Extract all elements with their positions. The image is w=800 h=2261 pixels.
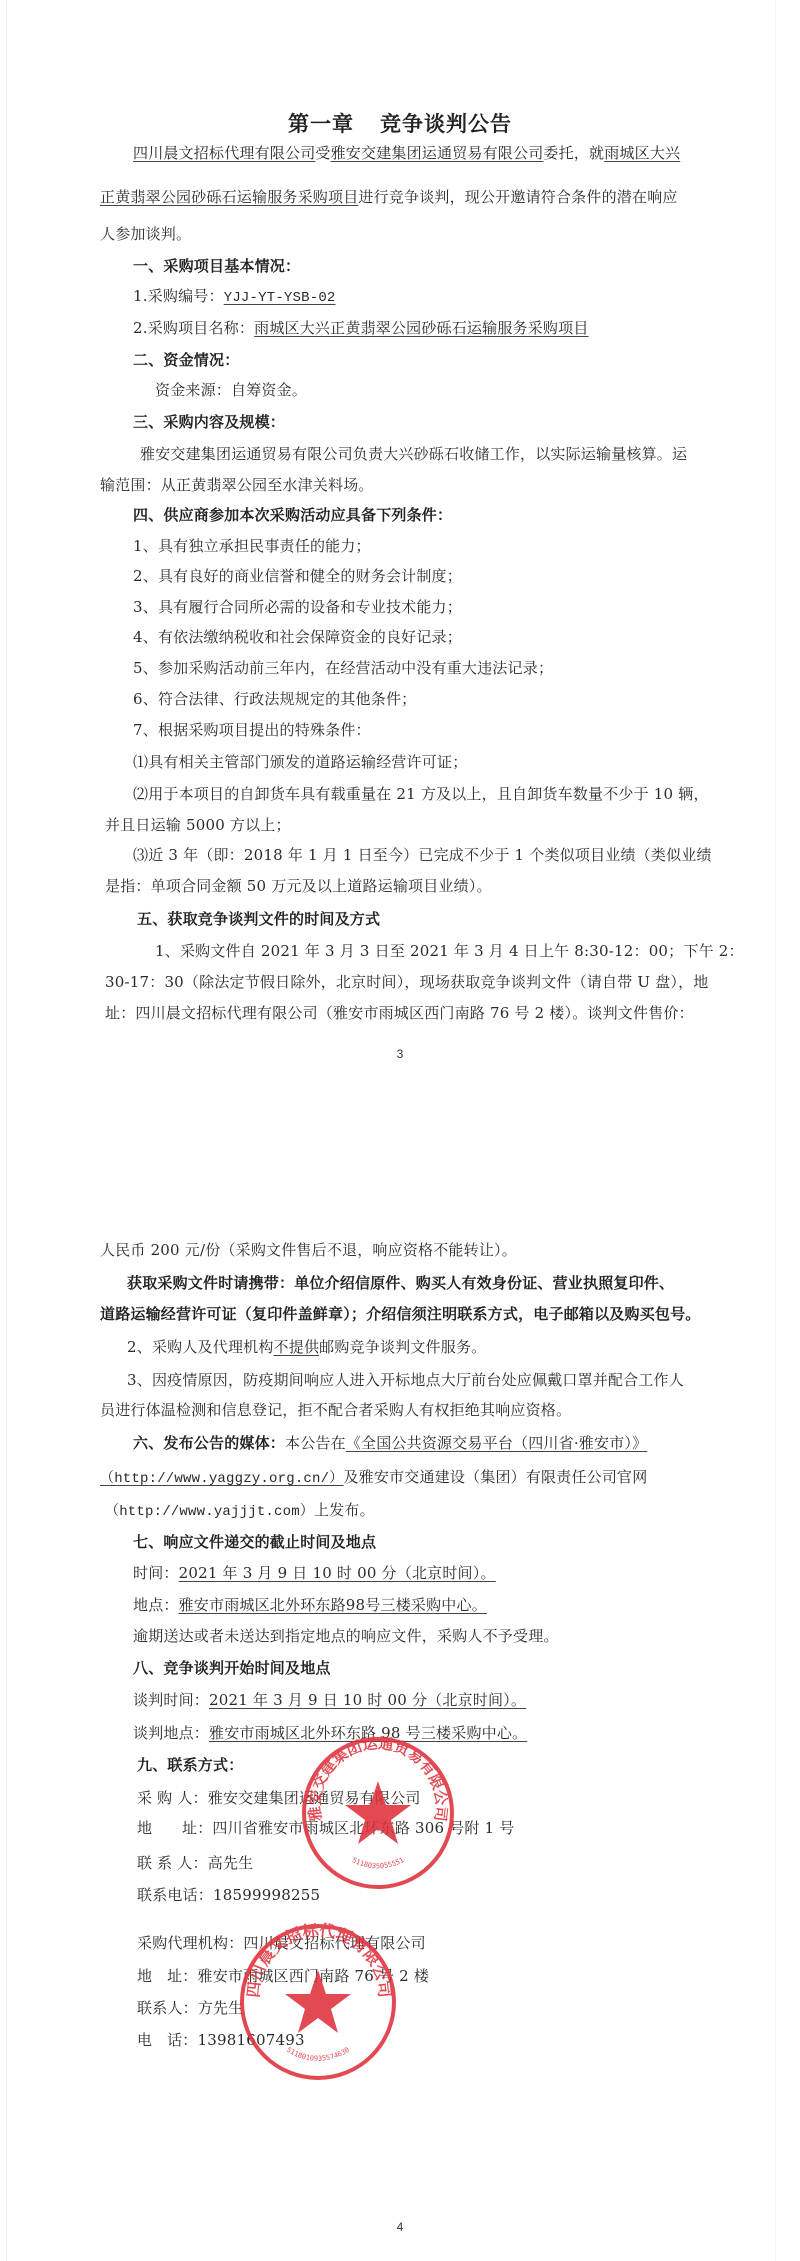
section-6-heading: 六、发布公告的媒体： bbox=[133, 1434, 285, 1452]
section-8-heading: 八、竞争谈判开始时间及地点 bbox=[133, 1658, 331, 1678]
deadline-time: 时间：2021 年 3 月 9 日 10 时 00 分（北京时间）。 bbox=[133, 1563, 496, 1583]
page-edge bbox=[775, 1130, 776, 2261]
epidemic-line-2: 员进行体温检测和信息登记，拒不配合者采购人有权拒绝其响应资格。 bbox=[100, 1400, 571, 1420]
section-4-heading: 四、供应商参加本次采购活动应具备下列条件： bbox=[133, 505, 452, 525]
media-line-1: 六、发布公告的媒体：本公告在《全国公共资源交易平台（四川省·雅安市）》 bbox=[133, 1433, 647, 1453]
label: 采购代理机构： bbox=[137, 1934, 243, 1952]
section-2-heading: 二、资金情况： bbox=[133, 350, 239, 370]
section-1-heading: 一、采购项目基本情况： bbox=[133, 256, 300, 276]
value: 高先生 bbox=[208, 1854, 254, 1872]
media-line-3: （http://www.yajjjt.com）上发布。 bbox=[105, 1500, 375, 1522]
intro-text: 受 bbox=[315, 144, 330, 162]
media-line-2: （http://www.yaggzy.org.cn/）及雅安市交通建设（集团）有… bbox=[100, 1467, 647, 1489]
purchaser-contact-row: 联 系 人：高先生 bbox=[137, 1853, 253, 1873]
not-provided: 不提供 bbox=[274, 1338, 320, 1356]
phone-number[interactable]: 18599998255 bbox=[213, 1886, 320, 1904]
deadline-place: 地点：雅安市雨城区北外环东路98号三楼采购中心。 bbox=[133, 1595, 487, 1615]
purchaser-address-row: 地 址：四川省雅安市雨城区北环东路 306 号附 1 号 bbox=[137, 1818, 514, 1838]
value: 方先生 bbox=[198, 1999, 244, 2017]
svg-text:5118035055551: 5118035055551 bbox=[351, 1856, 406, 1870]
section-7-heading: 七、响应文件递交的截止时间及地点 bbox=[133, 1532, 376, 1552]
purchaser-name-row: 采 购 人：雅安交建集团运通贸易有限公司 bbox=[137, 1788, 421, 1808]
condition-item: 4、有依法缴纳税收和社会保障资金的良好记录； bbox=[133, 627, 462, 647]
purchaser-seal-icon: 雅安交建集团运通贸易有限公司 5118035055551 bbox=[298, 1733, 458, 1893]
label: 电 话： bbox=[137, 2031, 198, 2049]
value: 雅安交建集团运通贸易有限公司 bbox=[208, 1789, 421, 1807]
condition-item: 2、具有良好的商业信誉和健全的财务会计制度； bbox=[133, 566, 462, 586]
intro-line-2: 正黄翡翠公园砂砾石运输服务采购项目进行竞争谈判，现公开邀请符合条件的潜在响应 bbox=[100, 187, 678, 207]
intro-text: 委托，就 bbox=[543, 144, 604, 162]
label: 联 系 人： bbox=[137, 1854, 208, 1872]
chapter-title: 竞争谈判公告 bbox=[380, 111, 512, 136]
section-5-heading: 五、获取竞争谈判文件的时间及方式 bbox=[137, 909, 380, 929]
project-name: 2.采购项目名称：雨城区大兴正黄翡翠公园砂砾石运输服务采购项目 bbox=[133, 318, 589, 338]
special-condition: ⑴具有相关主管部门颁发的道路运输经营许可证； bbox=[133, 752, 467, 772]
special-condition: 并且日运输 5000 方以上； bbox=[105, 815, 291, 835]
intro-line-1: 四川晨文招标代理有限公司受雅安交建集团运通贸易有限公司委托，就雨城区大兴 bbox=[133, 143, 680, 163]
page-edge bbox=[775, 0, 776, 1130]
text: 邮购竞争谈判文件服务。 bbox=[319, 1338, 486, 1356]
value: 四川晨文招标代理有限公司 bbox=[243, 1934, 425, 1952]
page-number: 3 bbox=[0, 1047, 800, 1061]
scope-line-2: 输范围：从正黄翡翠公园至水津关料场。 bbox=[100, 475, 374, 495]
condition-item: 6、符合法律、行政法规规定的其他条件； bbox=[133, 689, 416, 709]
document-page-4: 人民币 200 元/份（采购文件售后不退，响应资格不能转让）。 获取采购文件时请… bbox=[0, 1130, 800, 2261]
purchaser-phone-row: 联系电话：18599998255 bbox=[137, 1885, 320, 1905]
label: 谈判地点： bbox=[133, 1724, 209, 1742]
value: 四川省雅安市雨城区北环东路 306 号附 1 号 bbox=[212, 1819, 514, 1837]
page-number: 4 bbox=[0, 2220, 800, 2234]
label: 时间： bbox=[133, 1564, 179, 1582]
bring-docs-line-1: 获取采购文件时请携带：单位介绍信原件、购买人有效身份证、营业执照复印件、 bbox=[127, 1273, 674, 1293]
procurement-code-value: YJJ-YT-YSB-02 bbox=[224, 290, 336, 306]
negotiation-place: 谈判地点：雅安市雨城区北外环东路 98 号三楼采购中心。 bbox=[133, 1723, 527, 1743]
project-name-part: 雨城区大兴 bbox=[604, 144, 680, 162]
purchaser-name: 雅安交建集团运通贸易有限公司 bbox=[331, 144, 544, 162]
negotiation-place-value: 雅安市雨城区北外环东路 98 号三楼采购中心。 bbox=[209, 1724, 527, 1742]
deadline-place-value: 雅安市雨城区北外环东路98号三楼采购中心。 bbox=[179, 1596, 487, 1614]
label: 地 址： bbox=[137, 1967, 198, 1985]
document-page-3: 第一章竞争谈判公告 四川晨文招标代理有限公司受雅安交建集团运通贸易有限公司委托，… bbox=[0, 0, 800, 1130]
label: 2.采购项目名称： bbox=[133, 319, 254, 337]
text: 2、采购人及代理机构 bbox=[127, 1338, 274, 1356]
platform-link[interactable]: 《全国公共资源交易平台（四川省·雅安市）》 bbox=[346, 1434, 647, 1452]
svg-text:雅安交建集团运通贸易有限公司: 雅安交建集团运通贸易有限公司 bbox=[306, 1734, 451, 1822]
phone-number[interactable]: 13981607493 bbox=[198, 2031, 305, 2049]
label: 联系人： bbox=[137, 1999, 198, 2017]
negotiation-time-value: 2021 年 3 月 9 日 10 时 00 分（北京时间）。 bbox=[209, 1691, 526, 1709]
chapter-label: 第一章 bbox=[288, 111, 354, 136]
page-edge bbox=[6, 1130, 7, 2261]
label: 地 址： bbox=[137, 1819, 212, 1837]
value: 雅安市雨城区西门南路 76 号 2 楼 bbox=[198, 1967, 430, 1985]
mail-order-note: 2、采购人及代理机构不提供邮购竞争谈判文件服务。 bbox=[127, 1337, 486, 1357]
text: 本公告在 bbox=[285, 1434, 346, 1452]
label: 地点： bbox=[133, 1596, 179, 1614]
agency-name-row: 采购代理机构：四川晨文招标代理有限公司 bbox=[137, 1933, 426, 1953]
page-edge bbox=[6, 0, 7, 1130]
company-url[interactable]: （http://www.yajjjt.com） bbox=[105, 1504, 314, 1520]
label: 采 购 人： bbox=[137, 1789, 208, 1807]
agency-phone-row: 电 话：13981607493 bbox=[137, 2030, 305, 2050]
agency-name: 四川晨文招标代理有限公司 bbox=[133, 144, 315, 162]
special-condition: ⑵用于本项目的自卸货车具有载重量在 21 方及以上，且自卸货车数量不少于 10 … bbox=[133, 784, 709, 804]
section-9-heading: 九、联系方式： bbox=[137, 1755, 243, 1775]
condition-item: 5、参加采购活动前三年内，在经营活动中没有重大违法记录； bbox=[133, 658, 553, 678]
intro-text: 进行竞争谈判，现公开邀请符合条件的潜在响应 bbox=[358, 188, 677, 206]
intro-line-3: 人参加谈判。 bbox=[100, 224, 191, 244]
page-title: 第一章竞争谈判公告 bbox=[0, 108, 800, 138]
acquisition-line-3: 址：四川晨文招标代理有限公司（雅安市雨城区西门南路 76 号 2 楼）。谈判文件… bbox=[105, 1003, 694, 1023]
special-condition: 是指：单项合同金额 50 万元及以上道路运输项目业绩）。 bbox=[105, 876, 492, 896]
price-line: 人民币 200 元/份（采购文件售后不退，响应资格不能转让）。 bbox=[100, 1240, 517, 1260]
bring-docs-line-2: 道路运输经营许可证（复印件盖鲜章）；介绍信须注明联系方式，电子邮箱以及购买包号。 bbox=[100, 1304, 701, 1324]
agency-address-row: 地 址：雅安市雨城区西门南路 76 号 2 楼 bbox=[137, 1966, 429, 1986]
section-3-heading: 三、采购内容及规模： bbox=[133, 412, 285, 432]
acquisition-line-1: 1、采购文件自 2021 年 3 月 3 日至 2021 年 3 月 4 日上午… bbox=[155, 941, 744, 961]
acquisition-line-2: 30-17：30（除法定节假日除外，北京时间），现场获取竞争谈判文件（请自带 U… bbox=[105, 972, 709, 992]
condition-item: 1、具有独立承担民事责任的能力； bbox=[133, 536, 371, 556]
condition-item: 3、具有履行合同所必需的设备和专业技术能力； bbox=[133, 597, 462, 617]
text: 上发布。 bbox=[314, 1501, 375, 1519]
fund-source: 资金来源：自筹资金。 bbox=[155, 380, 307, 400]
special-condition: ⑶近 3 年（即：2018 年 1 月 1 日至今）已完成不少于 1 个类似项目… bbox=[133, 845, 712, 865]
label: 谈判时间： bbox=[133, 1691, 209, 1709]
label: 1.采购编号： bbox=[133, 287, 224, 305]
platform-url[interactable]: （http://www.yaggzy.org.cn/） bbox=[100, 1471, 343, 1487]
agency-contact-row: 联系人：方先生 bbox=[137, 1998, 243, 2018]
condition-item: 7、根据采购项目提出的特殊条件： bbox=[133, 720, 371, 740]
epidemic-line-1: 3、因疫情原因，防疫期间响应人进入开标地点大厅前台处应佩戴口罩并配合工作人 bbox=[127, 1370, 684, 1390]
scope-line-1: 雅安交建集团运通贸易有限公司负责大兴砂砾石收储工作，以实际运输量核算。运 bbox=[140, 444, 687, 464]
negotiation-time: 谈判时间：2021 年 3 月 9 日 10 时 00 分（北京时间）。 bbox=[133, 1690, 526, 1710]
project-name-value: 雨城区大兴正黄翡翠公园砂砾石运输服务采购项目 bbox=[254, 319, 588, 337]
late-submission-note: 逾期送达或者未送达到指定地点的响应文件，采购人不予受理。 bbox=[133, 1626, 559, 1646]
label: 联系电话： bbox=[137, 1886, 213, 1904]
procurement-code: 1.采购编号：YJJ-YT-YSB-02 bbox=[133, 286, 336, 308]
text: 及雅安市交通建设（集团）有限责任公司官网 bbox=[343, 1468, 647, 1486]
project-name-part: 正黄翡翠公园砂砾石运输服务采购项目 bbox=[100, 188, 358, 206]
deadline-time-value: 2021 年 3 月 9 日 10 时 00 分（北京时间）。 bbox=[179, 1564, 496, 1582]
